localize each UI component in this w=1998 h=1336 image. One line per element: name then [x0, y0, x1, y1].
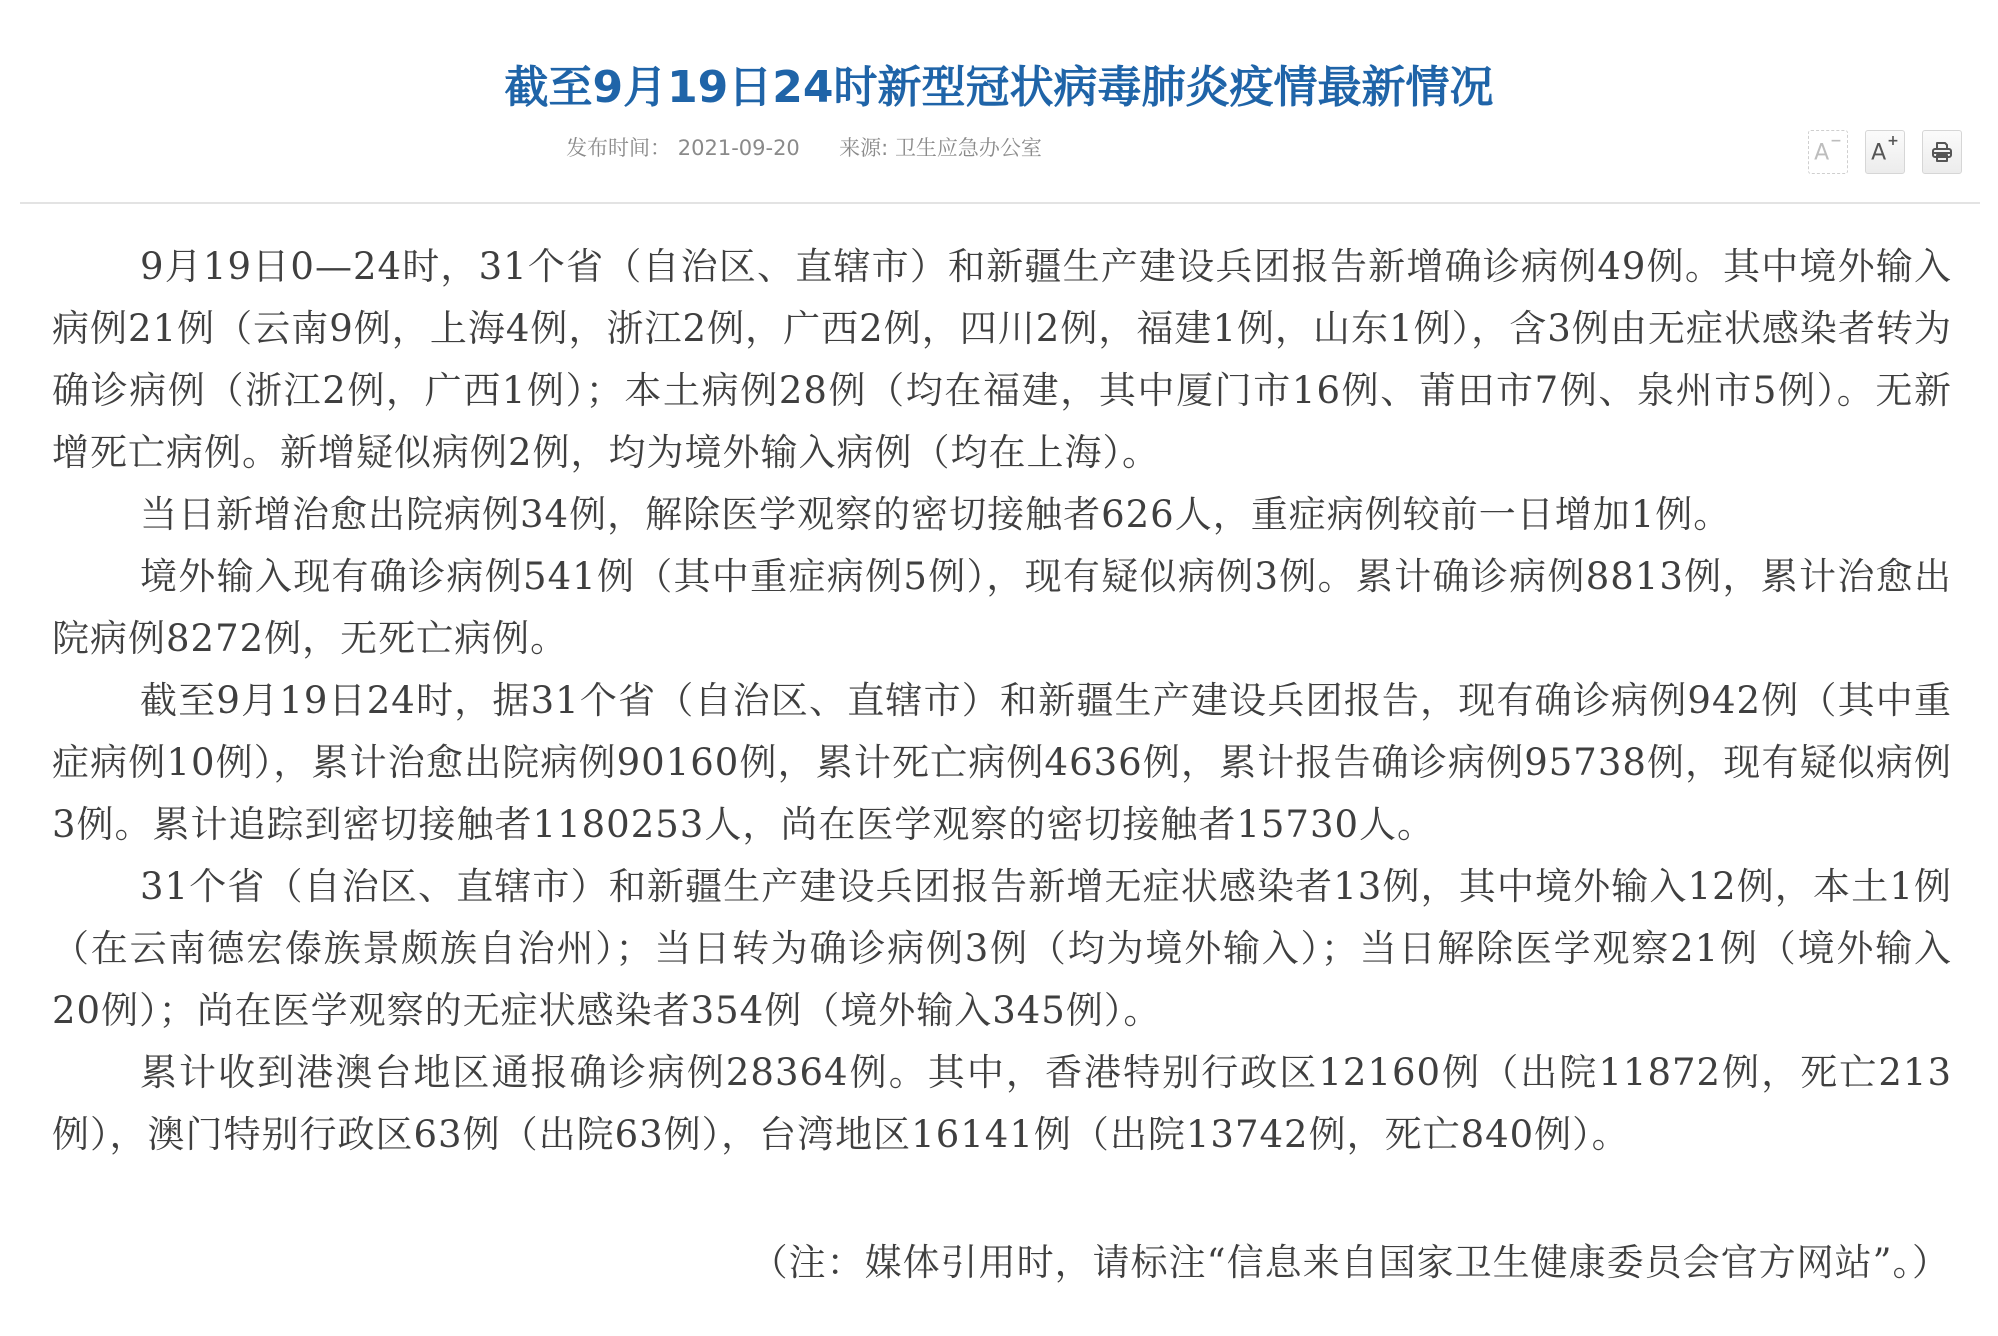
article-meta: 发布时间： 2021-09-20 来源: 卫生应急办公室 — [0, 130, 1998, 166]
paragraph-new-cases: 9月19日0—24时，31个省（自治区、直辖市）和新疆生产建设兵团报告新增确诊病… — [52, 236, 1952, 484]
source-label: 来源: — [839, 136, 888, 160]
font-increase-icon: A+ — [1871, 139, 1899, 165]
font-decrease-button[interactable]: A− — [1808, 130, 1848, 174]
citation-note: （注：媒体引用时，请标注“信息来自国家卫生健康委员会官方网站”。） — [0, 1232, 1950, 1294]
publish-date: 2021-09-20 — [678, 136, 800, 160]
printer-icon — [1930, 140, 1954, 164]
font-decrease-icon: A− — [1814, 139, 1842, 165]
source-name: 卫生应急办公室 — [895, 136, 1042, 160]
print-button[interactable] — [1922, 130, 1962, 174]
paragraph-recoveries: 当日新增治愈出院病例34例，解除医学观察的密切接触者626人，重症病例较前一日增… — [52, 484, 1952, 546]
header-divider — [20, 202, 1980, 204]
article-body: 9月19日0—24时，31个省（自治区、直辖市）和新疆生产建设兵团报告新增确诊病… — [52, 236, 1952, 1166]
paragraph-asymptomatic: 31个省（自治区、直辖市）和新疆生产建设兵团报告新增无症状感染者13例，其中境外… — [52, 856, 1952, 1042]
font-increase-button[interactable]: A+ — [1865, 130, 1905, 174]
publish-time-label: 发布时间： — [566, 136, 671, 160]
paragraph-hk-macao-taiwan: 累计收到港澳台地区通报确诊病例28364例。其中，香港特别行政区12160例（出… — [52, 1042, 1952, 1166]
article-title: 截至9月19日24时新型冠状病毒肺炎疫情最新情况 — [0, 55, 1998, 121]
paragraph-imported-cases: 境外输入现有确诊病例541例（其中重症病例5例），现有疑似病例3例。累计确诊病例… — [52, 546, 1952, 670]
paragraph-cumulative-totals: 截至9月19日24时，据31个省（自治区、直辖市）和新疆生产建设兵团报告，现有确… — [52, 670, 1952, 856]
article-toolbar: A− A+ — [1808, 130, 1962, 174]
